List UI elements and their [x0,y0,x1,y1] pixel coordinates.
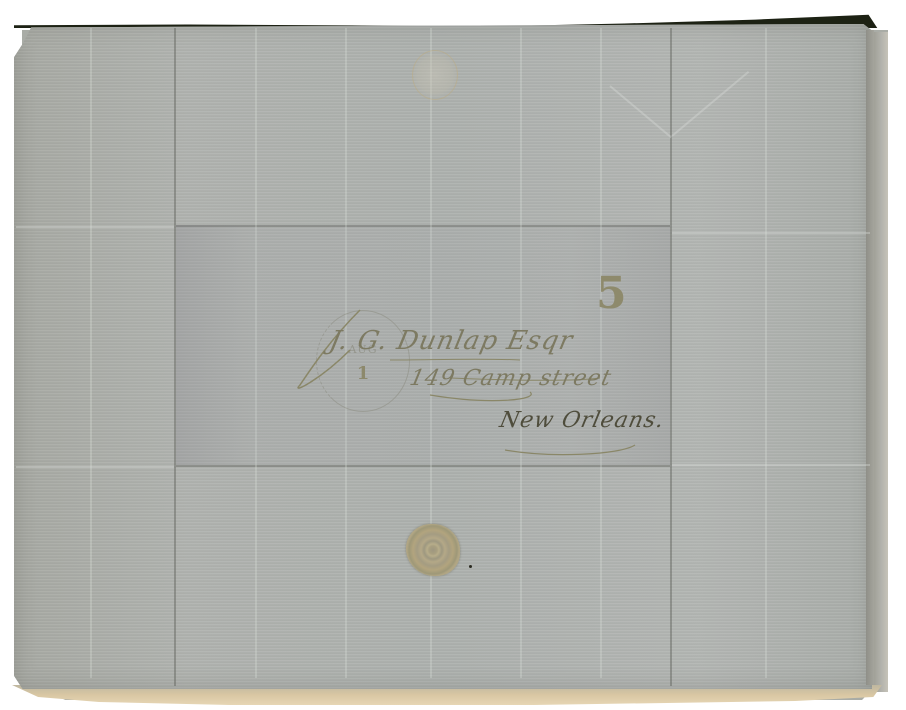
wax-seal-top [412,50,458,100]
crease-vertical-7 [90,28,92,678]
postmark-day: 1 [317,363,409,384]
crease-horizontal-left-top [16,226,174,228]
crease-horizontal-right-top [672,232,870,234]
back-sheet-right-edge [872,32,888,692]
crease-vertical-6 [765,28,767,678]
address-line-street: 149 Camp street [407,366,614,391]
ink-dot [469,565,472,568]
rate-marking: 5 [596,272,627,316]
wax-seal-bottom [406,524,460,576]
address-line-name: J. G. Dunlap Esqr [327,326,576,356]
fold-line-horizontal-bottom [176,465,670,467]
crease-horizontal-right-bottom [672,464,870,466]
letter-right-edge [866,30,874,685]
address-line-city: New Orleans. [497,408,667,433]
fold-line-vertical-right [670,28,672,686]
crease-horizontal-left-bottom [16,466,174,468]
photo-stage: 5 AUG 1 J. G. Dunlap Esqr 149 Camp stree… [0,0,906,710]
